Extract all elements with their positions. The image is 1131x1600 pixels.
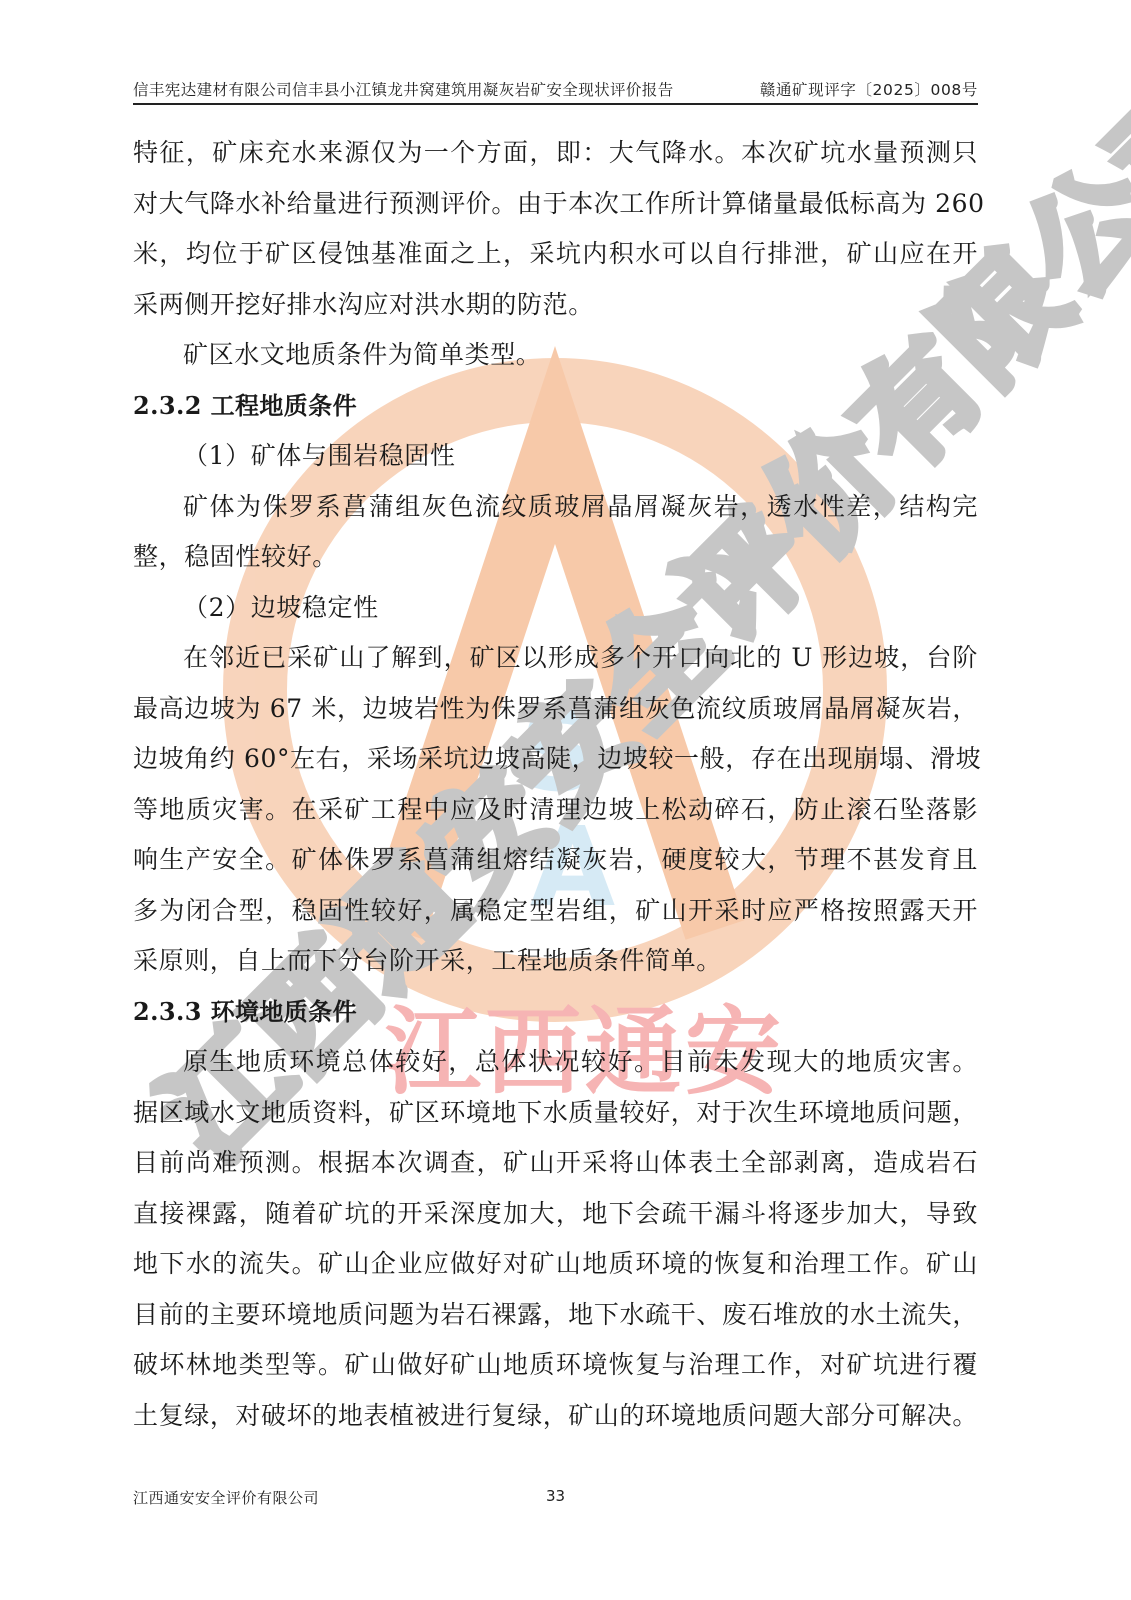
paragraph-line: 在邻近已采矿山了解到，矿区以形成多个开口向北的 U 形边坡，台阶 [133, 633, 978, 684]
paragraph-line: 对大气降水补给量进行预测评价。由于本次工作所计算储量最低标高为 260 [133, 179, 978, 230]
document-number: 赣通矿现评字〔2025〕008号 [760, 78, 978, 100]
paragraph-line: 米，均位于矿区侵蚀基准面之上，采坑内积水可以自行排泄，矿山应在开 [133, 229, 978, 280]
paragraph-line: 多为闭合型，稳固性较好，属稳定型岩组，矿山开采时应严格按照露天开 [133, 886, 978, 937]
paragraph-line: 最高边坡为 67 米，边坡岩性为侏罗系菖蒲组灰色流纹质玻屑晶屑凝灰岩， [133, 684, 978, 735]
paragraph-line: 原生地质环境总体较好，总体状况较好。目前未发现大的地质灾害。 [133, 1037, 978, 1088]
paragraph-line: 目前的主要环境地质问题为岩石裸露，地下水疏干、废石堆放的水土流失， [133, 1290, 978, 1341]
paragraph-line: 整，稳固性较好。 [133, 532, 978, 583]
document-body: 特征，矿床充水来源仅为一个方面，即：大气降水。本次矿坑水量预测只 对大气降水补给… [133, 128, 978, 1441]
paragraph-line: 响生产安全。矿体侏罗系菖蒲组熔结凝灰岩，硬度较大，节理不甚发育且 [133, 835, 978, 886]
section-heading-2-3-2: 2.3.2 工程地质条件 [133, 381, 978, 432]
paragraph-line: 目前尚难预测。根据本次调查，矿山开采将山体表土全部剥离，造成岩石 [133, 1138, 978, 1189]
page-number: 33 [546, 1487, 565, 1505]
paragraph-line: 土复绿，对破坏的地表植被进行复绿，矿山的环境地质问题大部分可解决。 [133, 1391, 978, 1442]
paragraph-line: 直接裸露，随着矿坑的开采深度加大，地下会疏干漏斗将逐步加大，导致 [133, 1189, 978, 1240]
page-footer: 江西通安安全评价有限公司 33 [133, 1487, 978, 1509]
paragraph-line: 矿区水文地质条件为简单类型。 [133, 330, 978, 381]
paragraph-line: 矿体为侏罗系菖蒲组灰色流纹质玻屑晶屑凝灰岩，透水性差，结构完 [133, 482, 978, 533]
paragraph-line: 采两侧开挖好排水沟应对洪水期的防范。 [133, 280, 978, 331]
paragraph-line: 地下水的流失。矿山企业应做好对矿山地质环境的恢复和治理工作。矿山 [133, 1239, 978, 1290]
paragraph-line: 等地质灾害。在采矿工程中应及时清理边坡上松动碎石，防止滚石坠落影 [133, 785, 978, 836]
subsection-heading-1: （1）矿体与围岩稳固性 [133, 431, 978, 482]
page-header: 信丰宪达建材有限公司信丰县小江镇龙井窝建筑用凝灰岩矿安全现状评价报告 赣通矿现评… [133, 78, 978, 100]
section-heading-2-3-3: 2.3.3 环境地质条件 [133, 987, 978, 1038]
header-divider [133, 103, 978, 105]
paragraph-line: 破坏林地类型等。矿山做好矿山地质环境恢复与治理工作，对矿坑进行覆 [133, 1340, 978, 1391]
paragraph-line: 据区域水文地质资料，矿区环境地下水质量较好，对于次生环境地质问题， [133, 1088, 978, 1139]
paragraph-line: 采原则，自上而下分台阶开采，工程地质条件简单。 [133, 936, 978, 987]
subsection-heading-2: （2）边坡稳定性 [133, 583, 978, 634]
paragraph-line: 特征，矿床充水来源仅为一个方面，即：大气降水。本次矿坑水量预测只 [133, 128, 978, 179]
paragraph-line: 边坡角约 60°左右，采场采坑边坡高陡，边坡较一般，存在出现崩塌、滑坡 [133, 734, 978, 785]
footer-company-name: 江西通安安全评价有限公司 [133, 1487, 319, 1508]
report-title: 信丰宪达建材有限公司信丰县小江镇龙井窝建筑用凝灰岩矿安全现状评价报告 [133, 78, 674, 100]
